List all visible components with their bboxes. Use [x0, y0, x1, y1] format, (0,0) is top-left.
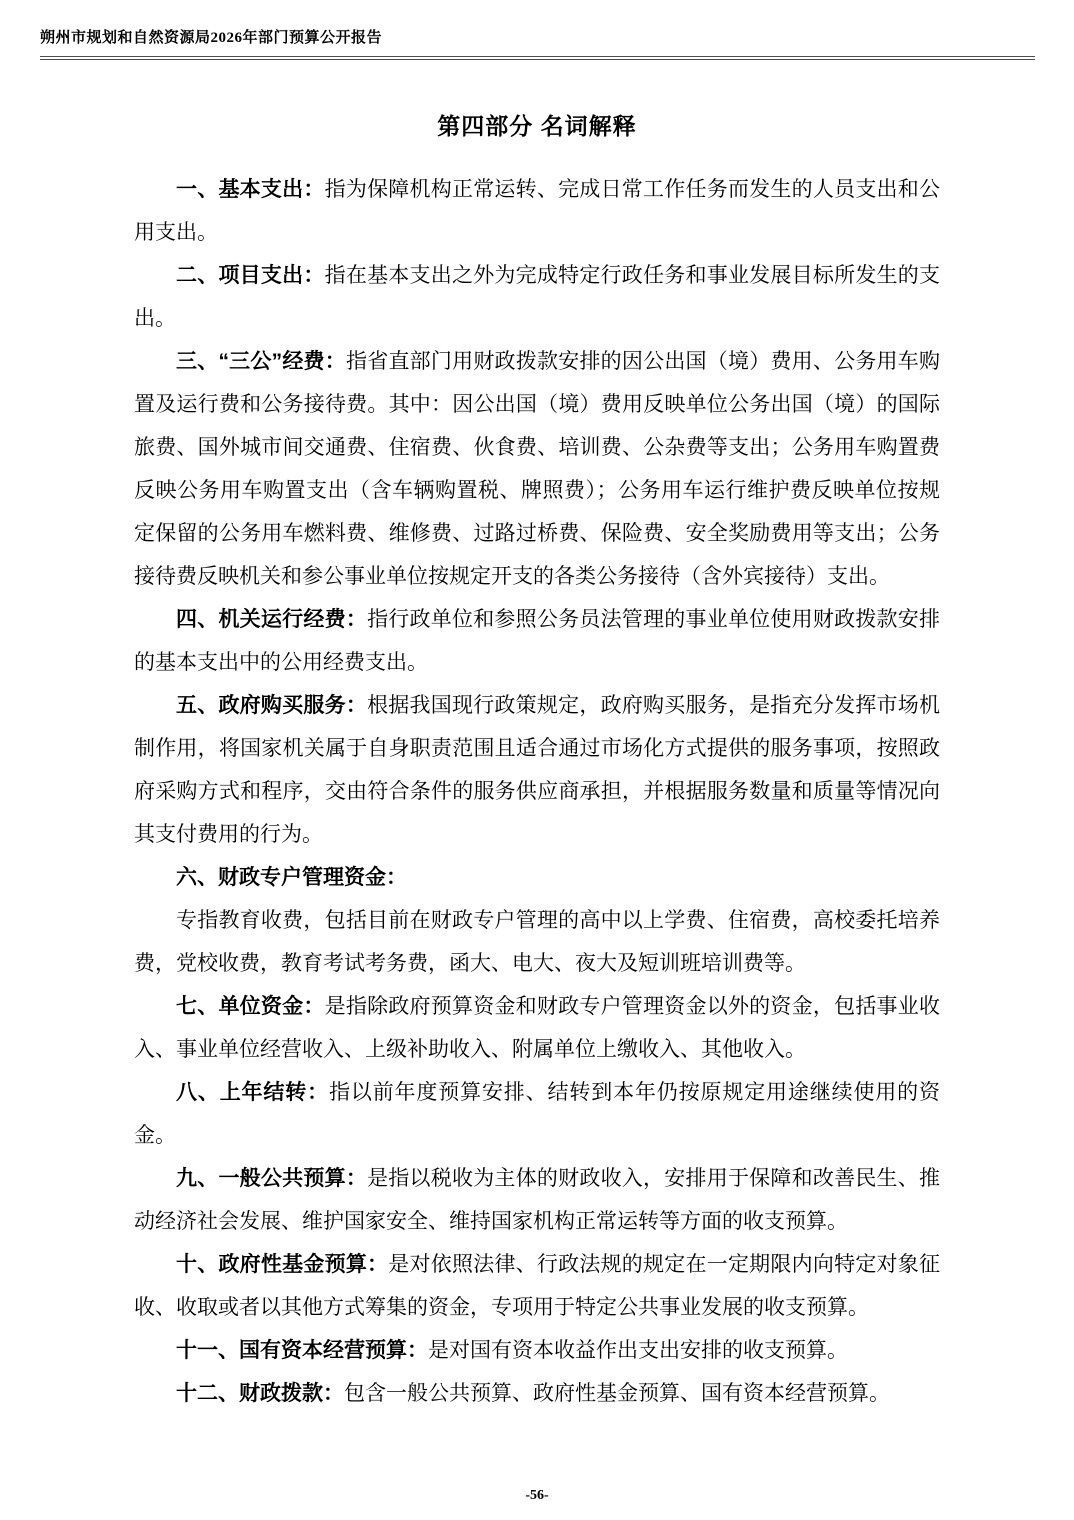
term-label: 一、基本支出：	[176, 178, 325, 201]
paragraph-text: 指省直部门用财政拨款安排的因公出国（境）费用、公务用车购置及运行费和公务接待费。…	[134, 349, 940, 588]
paragraph-fiscal-special-account-body: 专指教育收费，包括目前在财政专户管理的高中以上学费、住宿费，高校委托培养费，党校…	[134, 899, 940, 985]
page-number: -56-	[525, 1488, 548, 1503]
term-label: 七、单位资金：	[176, 995, 325, 1018]
document-page: 朔州市规划和自然资源局2026年部门预算公开报告 第四部分 名词解释 一、基本支…	[0, 0, 1074, 1520]
term-label: 三、“三公”经费：	[176, 350, 346, 373]
paragraph-government-purchase-services: 五、政府购买服务：根据我国现行政策规定，政府购买服务，是指充分发挥市场机制作用，…	[134, 684, 940, 856]
term-label: 二、项目支出：	[176, 264, 325, 287]
paragraph-text: 专指教育收费，包括目前在财政专户管理的高中以上学费、住宿费，高校委托培养费，党校…	[134, 908, 940, 975]
paragraph-project-expenditure: 二、项目支出：指在基本支出之外为完成特定行政任务和事业发展目标所发生的支出。	[134, 254, 940, 340]
page-footer: -56-	[0, 1488, 1074, 1504]
term-label: 五、政府购买服务：	[176, 694, 367, 717]
paragraph-three-public-funds: 三、“三公”经费：指省直部门用财政拨款安排的因公出国（境）费用、公务用车购置及运…	[134, 340, 940, 598]
section-title: 第四部分 名词解释	[134, 110, 940, 142]
paragraph-unit-funds: 七、单位资金：是指除政府预算资金和财政专户管理资金以外的资金，包括事业收入、事业…	[134, 985, 940, 1071]
header-title: 朔州市规划和自然资源局2026年部门预算公开报告	[40, 30, 382, 46]
paragraph-general-public-budget: 九、一般公共预算：是指以税收为主体的财政收入，安排用于保障和改善民生、推动经济社…	[134, 1157, 940, 1243]
term-label: 四、机关运行经费：	[176, 608, 367, 631]
paragraph-basic-expenditure: 一、基本支出：指为保障机构正常运转、完成日常工作任务而发生的人员支出和公用支出。	[134, 168, 940, 254]
paragraph-text: 是对国有资本收益作出支出安排的收支预算。	[428, 1338, 848, 1362]
page-header: 朔州市规划和自然资源局2026年部门预算公开报告	[40, 28, 1035, 60]
paragraph-agency-operating-funds: 四、机关运行经费：指行政单位和参照公务员法管理的事业单位使用财政拨款安排的基本支…	[134, 598, 940, 684]
paragraph-prior-year-carryover: 八、上年结转：指以前年度预算安排、结转到本年仍按原规定用途继续使用的资金。	[134, 1071, 940, 1157]
paragraph-text: 包含一般公共预算、政府性基金预算、国有资本经营预算。	[344, 1381, 890, 1405]
paragraph-fiscal-appropriation: 十二、财政拨款：包含一般公共预算、政府性基金预算、国有资本经营预算。	[134, 1372, 940, 1415]
term-label: 十二、财政拨款：	[176, 1382, 344, 1405]
document-body: 第四部分 名词解释 一、基本支出：指为保障机构正常运转、完成日常工作任务而发生的…	[134, 110, 940, 1415]
term-label: 十一、国有资本经营预算：	[176, 1339, 428, 1362]
term-label: 八、上年结转：	[176, 1081, 329, 1104]
term-label: 十、政府性基金预算：	[176, 1253, 388, 1276]
paragraph-government-fund-budget: 十、政府性基金预算：是对依照法律、行政法规的规定在一定期限内向特定对象征收、收取…	[134, 1243, 940, 1329]
term-label: 六、财政专户管理资金：	[176, 866, 407, 889]
paragraph-fiscal-special-account-heading: 六、财政专户管理资金：	[134, 856, 940, 899]
term-label: 九、一般公共预算：	[176, 1167, 367, 1190]
paragraph-state-capital-budget: 十一、国有资本经营预算：是对国有资本收益作出支出安排的收支预算。	[134, 1329, 940, 1372]
